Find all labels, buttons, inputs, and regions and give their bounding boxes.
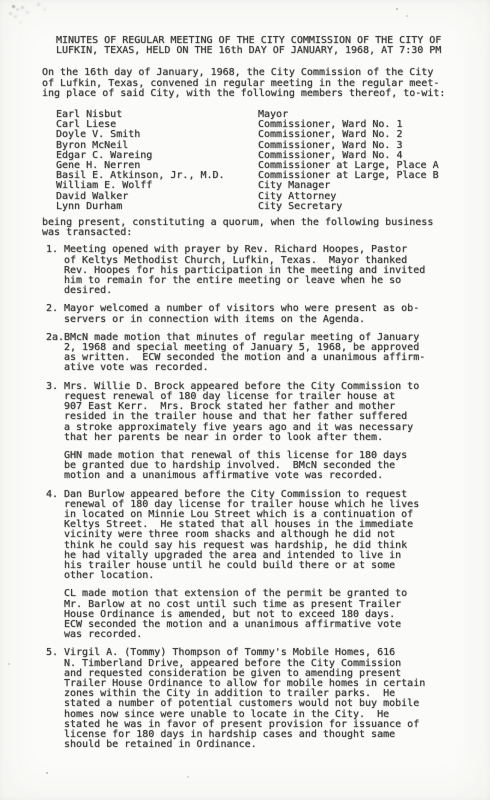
- item-number: 1.: [46, 245, 64, 296]
- item-body: Meeting opened with prayer by Rev. Richa…: [64, 245, 460, 296]
- item-paragraph: Meeting opened with prayer by Rev. Richa…: [64, 245, 460, 296]
- minutes-items: 1. Meeting opened with prayer by Rev. Ri…: [46, 245, 460, 750]
- scanned-minutes-page: MINUTES OF REGULAR MEETING OF THE CITY C…: [0, 0, 490, 800]
- roster-row: Lynn Durham City Secretary: [56, 202, 460, 212]
- item-paragraph: Virgil A. (Tommy) Thompson of Tommy's Mo…: [64, 648, 460, 750]
- scan-speck: [8, 663, 10, 665]
- member-name: Lynn Durham: [56, 202, 258, 212]
- item-paragraph: GHN made motion that renewal of this lic…: [64, 451, 460, 482]
- item-paragraph: Dan Burlow appeared before the City Comm…: [64, 490, 460, 582]
- item-body: Dan Burlow appeared before the City Comm…: [64, 490, 460, 641]
- item-paragraph: BMcN made motion that minutes of regular…: [64, 333, 460, 374]
- member-roster: Earl Nisbut Mayor Carl Liese Commissione…: [56, 110, 460, 212]
- item-number: 2.: [46, 304, 64, 324]
- document-content: MINUTES OF REGULAR MEETING OF THE CITY C…: [42, 36, 460, 750]
- item-number: 3.: [46, 382, 64, 482]
- item-body: Mayor welcomed a number of visitors who …: [64, 304, 460, 324]
- item-number: 4.: [46, 490, 64, 641]
- minutes-item-2a: 2a. BMcN made motion that minutes of reg…: [46, 333, 460, 374]
- item-paragraph: Mayor welcomed a number of visitors who …: [64, 304, 460, 324]
- item-body: Mrs. Willie D. Brock appeared before the…: [64, 382, 460, 482]
- minutes-item-1: 1. Meeting opened with prayer by Rev. Ri…: [46, 245, 460, 296]
- scan-speck: [396, 8, 398, 10]
- item-paragraph: CL made motion that extension of the per…: [64, 589, 460, 640]
- minutes-item-3: 3. Mrs. Willie D. Brock appeared before …: [46, 382, 460, 482]
- quorum-paragraph: being present, constituting a quorum, wh…: [42, 218, 460, 238]
- scan-speck: [187, 776, 189, 778]
- intro-paragraph: On the 16th day of January, 1968, the Ci…: [42, 68, 460, 99]
- item-number: 2a.: [46, 333, 64, 374]
- minutes-item-2: 2. Mayor welcomed a number of visitors w…: [46, 304, 460, 324]
- minutes-item-4: 4. Dan Burlow appeared before the City C…: [46, 490, 460, 641]
- member-title: City Secretary: [258, 202, 342, 212]
- document-title: MINUTES OF REGULAR MEETING OF THE CITY C…: [56, 36, 460, 56]
- scan-speck: [46, 772, 48, 774]
- item-body: Virgil A. (Tommy) Thompson of Tommy's Mo…: [64, 648, 460, 750]
- item-paragraph: Mrs. Willie D. Brock appeared before the…: [64, 382, 460, 443]
- scan-speck: [406, 15, 408, 17]
- item-body: BMcN made motion that minutes of regular…: [64, 333, 460, 374]
- scan-smudge: [12, 5, 15, 8]
- item-number: 5.: [46, 648, 64, 750]
- minutes-item-5: 5. Virgil A. (Tommy) Thompson of Tommy's…: [46, 648, 460, 750]
